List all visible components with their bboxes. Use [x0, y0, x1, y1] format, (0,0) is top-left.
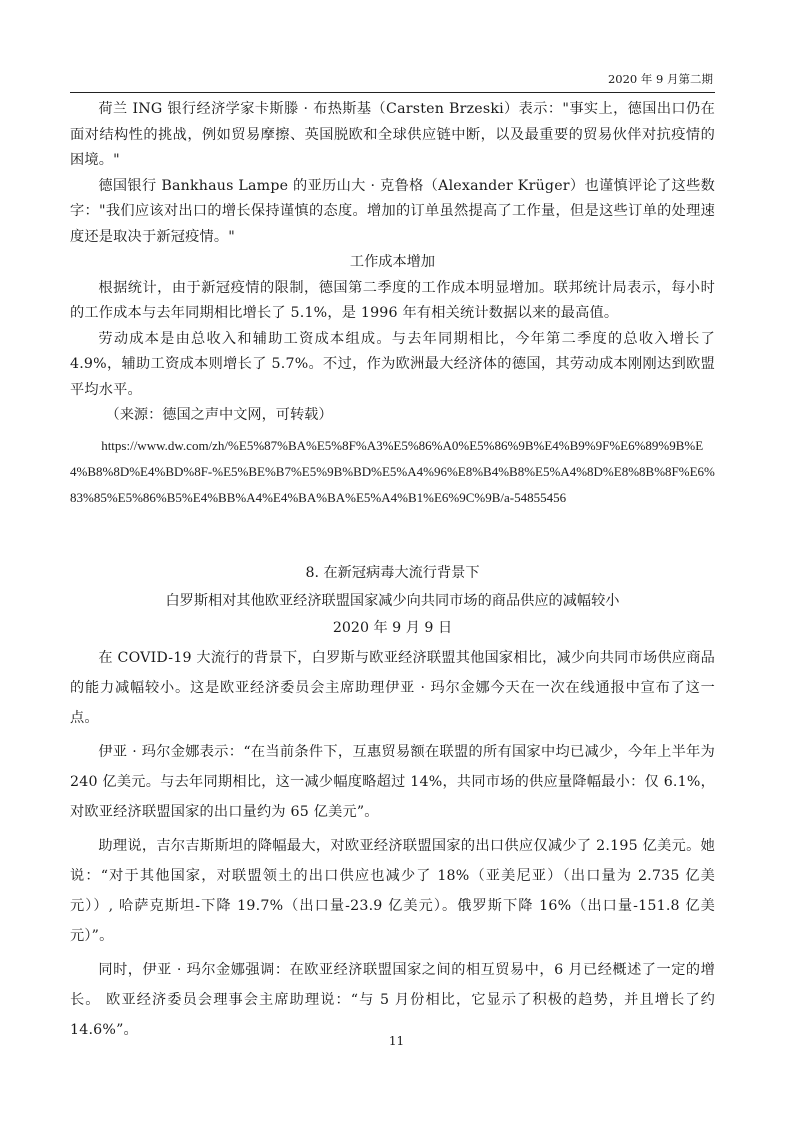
- source-url-link[interactable]: https://www.dw.com/zh/%E5%87%BA%E5%8F%A3…: [70, 433, 715, 511]
- subheading: 工作成本增加: [70, 250, 715, 276]
- paragraph: 德国银行 Bankhaus Lampe 的亚历山大 · 克鲁格（Alexande…: [70, 174, 715, 251]
- paragraph: 劳动成本是由总收入和辅助工资成本组成。与去年同期相比，今年第二季度的总收入增长了…: [70, 327, 715, 404]
- article-title-line-1: 8. 在新冠病毒大流行背景下: [70, 560, 715, 588]
- paragraph: 同时，伊亚 · 玛尔金娜强调：在欧亚经济联盟国家之间的相互贸易中，6 月已经概述…: [70, 955, 715, 1045]
- issue-label: 2020 年 9 月第二期: [608, 71, 713, 87]
- paragraph: 在 COVID-19 大流行的背景下，白罗斯与欧亚经济联盟其他国家相比，减少向共…: [70, 643, 715, 733]
- paragraph: 助理说，吉尔吉斯斯坦的降幅最大，对欧亚经济联盟国家的出口供应仅减少了 2.195…: [70, 831, 715, 951]
- paragraph: 伊亚 · 玛尔金娜表示：“在当前条件下，互惠贸易额在联盟的所有国家中均已减少，今…: [70, 737, 715, 827]
- page-number: 11: [0, 1034, 793, 1048]
- article-title-line-2: 白罗斯相对其他欧亚经济联盟国家减少向共同市场的商品供应的减幅较小: [70, 588, 715, 616]
- page-header: 2020 年 9 月第二期: [70, 68, 715, 93]
- article-section-2: 8. 在新冠病毒大流行背景下 白罗斯相对其他欧亚经济联盟国家减少向共同市场的商品…: [70, 560, 715, 1045]
- article-date: 2020 年 9 月 9 日: [70, 615, 715, 643]
- source-note: （来源：德国之声中文网，可转载）: [70, 403, 715, 429]
- paragraph: 荷兰 ING 银行经济学家卡斯滕 · 布热斯基（Carsten Brzeski）…: [70, 97, 715, 174]
- paragraph: 根据统计，由于新冠疫情的限制，德国第二季度的工作成本明显增加。联邦统计局表示，每…: [70, 276, 715, 327]
- article-section-1: 荷兰 ING 银行经济学家卡斯滕 · 布热斯基（Carsten Brzeski）…: [70, 97, 715, 511]
